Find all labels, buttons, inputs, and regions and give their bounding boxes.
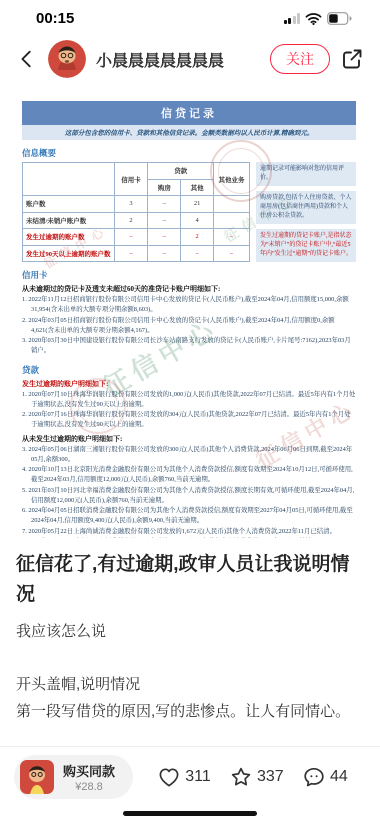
product-thumbnail (20, 760, 54, 794)
report-list-item: 7. 2020年05月22日上海尚诚消费金融股份有限公司发放的1,672元(人民… (22, 527, 356, 537)
report-summary-title: 信息概要 (22, 147, 356, 159)
follow-button[interactable]: 关注 (270, 44, 330, 74)
username[interactable]: 小晨晨晨晨晨晨晨 (96, 48, 260, 71)
status-bar: 00:15 (0, 0, 380, 30)
credit-card-intro: 从未逾期过的贷记卡及透支未超过60天的准贷记卡账户明细如下: (22, 284, 356, 294)
report-list-item: 8. 2020年11月16日重庆星雨小额贷款有限公司发放的105元(人民币)其他… (22, 537, 356, 538)
battery-icon (327, 12, 352, 25)
loans-heading: 贷款 (22, 364, 356, 376)
post-paragraph: 开头盖帽,说明情况 第一段写借贷的原因,写的悲惨点。让人有同情心。 (16, 671, 364, 727)
loans-overdue-intro: 发生过逾期的账户明细如下: (22, 379, 356, 389)
wifi-icon (305, 12, 322, 25)
report-list-item: 6. 2024年04月05日招联消费金融股份有限公司为其他个人消费贷款授信,额度… (22, 506, 356, 527)
collect-count: 337 (257, 768, 284, 786)
home-indicator[interactable] (123, 811, 257, 816)
avatar[interactable] (48, 40, 86, 78)
note: 发生过逾期的贷记卡账户,是指状态为“未销户”的贷记卡账户中,“最近5年内”发生过… (256, 229, 356, 262)
col-header: 购房 (148, 179, 181, 196)
post-paragraph-line: 第一段写借贷的原因,写的悲惨点。让人有同情心。 (16, 698, 364, 726)
col-header: 其他 (181, 179, 214, 196)
loans-overdue-list: 1. 2020年07月10日珠海华润银行股份有限公司发放的1,000元(人民币)… (22, 390, 356, 431)
bottom-action-bar: 购买同款 ¥28.8 311 337 44 (0, 746, 380, 806)
note: 购房贷款,包括个人住房贷款、个人商用房(包括商住两用)贷款和个人住房公积金贷款。 (256, 191, 356, 224)
nav-bar: 小晨晨晨晨晨晨晨 关注 (0, 30, 380, 88)
engagement-actions: 311 337 44 (139, 765, 366, 789)
report-list-item: 1. 2022年11月12日招商银行股份有限公司信用卡中心发放的贷记卡(人民币账… (22, 295, 356, 316)
signal-icon (284, 13, 301, 24)
report-banner-title: 信贷记录 (22, 101, 356, 125)
loans-normal-list: 3. 2024年05月06日湖南三湘银行股份有限公司发放的300元(人民币)其他… (22, 445, 356, 539)
loans-normal-intro: 从未发生过逾期的账户明细如下: (22, 434, 356, 444)
back-icon[interactable] (16, 48, 38, 70)
report-list-item: 1. 2020年07月10日珠海华润银行股份有限公司发放的1,000元(人民币)… (22, 390, 356, 411)
post-image-credit-report[interactable]: 征信中心 征信中心 征信中心 征信中心 信贷记录 这部分包含您的信用卡、贷款和其… (0, 88, 380, 538)
like-button[interactable]: 311 (157, 765, 211, 789)
screen: 00:15 小晨晨晨晨晨晨晨 关注 征信中心 征信中心 征信 (0, 0, 380, 822)
comment-count: 44 (330, 768, 348, 786)
heart-icon (157, 765, 181, 789)
post-paragraph: 我应该怎么说 (16, 619, 364, 645)
col-header: 其他业务 (214, 163, 250, 196)
table-row: 未结清/未销户账户数 2 – 4 (23, 212, 250, 229)
credit-card-heading: 信用卡 (22, 269, 356, 281)
report-list-item: 2. 2024年03月05日招商银行股份有限公司信用卡中心发放的贷记卡(人民币账… (22, 316, 356, 337)
summary-notes: 逾期记录可能影响对您的信用评价。 购房贷款,包括个人住房贷款、个人商用房(包括商… (256, 162, 356, 262)
buy-price: ¥28.8 (75, 781, 103, 793)
report-summary: 信用卡 贷款 其他业务 购房 其他 账户数 3 – 21 未结清/未销户账户数 (22, 162, 356, 262)
clock: 00:15 (36, 10, 74, 27)
credit-card-list: 1. 2022年11月12日招商银行股份有限公司信用卡中心发放的贷记卡(人民币账… (22, 295, 356, 357)
note: 逾期记录可能影响对您的信用评价。 (256, 162, 356, 186)
comment-button[interactable]: 44 (302, 765, 348, 789)
table-row: 发生过90天以上逾期的账户数 – – – – (23, 245, 250, 262)
like-count: 311 (185, 768, 211, 786)
col-header: 信用卡 (114, 163, 148, 196)
report-list-item: 3. 2024年05月06日湖南三湘银行股份有限公司发放的300元(人民币)其他… (22, 445, 356, 466)
report-list-item: 4. 2020年10月13日北京阳光消费金融股份有限公司为其他个人消费贷款授信,… (22, 465, 356, 486)
col-header: 贷款 (148, 163, 214, 180)
post-body: 征信花了,有过逾期,政审人员让我说明情况 我应该怎么说 开头盖帽,说明情况 第一… (0, 538, 380, 726)
buy-label: 购买同款 (63, 761, 115, 780)
star-icon (229, 765, 253, 789)
comment-icon (302, 765, 326, 789)
share-icon[interactable] (340, 47, 364, 71)
summary-table: 信用卡 贷款 其他业务 购房 其他 账户数 3 – 21 未结清/未销户账户数 (22, 162, 250, 262)
report-list-item: 5. 2021年03月10日河北幸福消费金融股份有限公司为其他个人消费贷款授信,… (22, 486, 356, 507)
table-row: 账户数 3 – 21 (23, 196, 250, 213)
post-title: 征信花了,有过逾期,政审人员让我说明情况 (16, 550, 364, 610)
buy-same-item-button[interactable]: 购买同款 ¥28.8 (14, 755, 133, 799)
collect-button[interactable]: 337 (229, 765, 284, 789)
post-paragraph-line: 开头盖帽,说明情况 (16, 671, 364, 699)
report-list-item: 2. 2020年07月16日珠海华润银行股份有限公司发放的304元(人民币)其他… (22, 410, 356, 431)
report-banner-subtitle: 这部分包含您的信用卡、贷款和其他信贷记录。金额类数据均以人民币计算,精确到元。 (22, 125, 356, 140)
table-row: 发生过逾期的账户数 – – 2 – (23, 229, 250, 246)
status-icons (284, 12, 353, 25)
report-list-item: 3. 2020年03月30日中国建设银行股份有限公司长沙车站南路支行发放的贷记卡… (22, 336, 356, 357)
